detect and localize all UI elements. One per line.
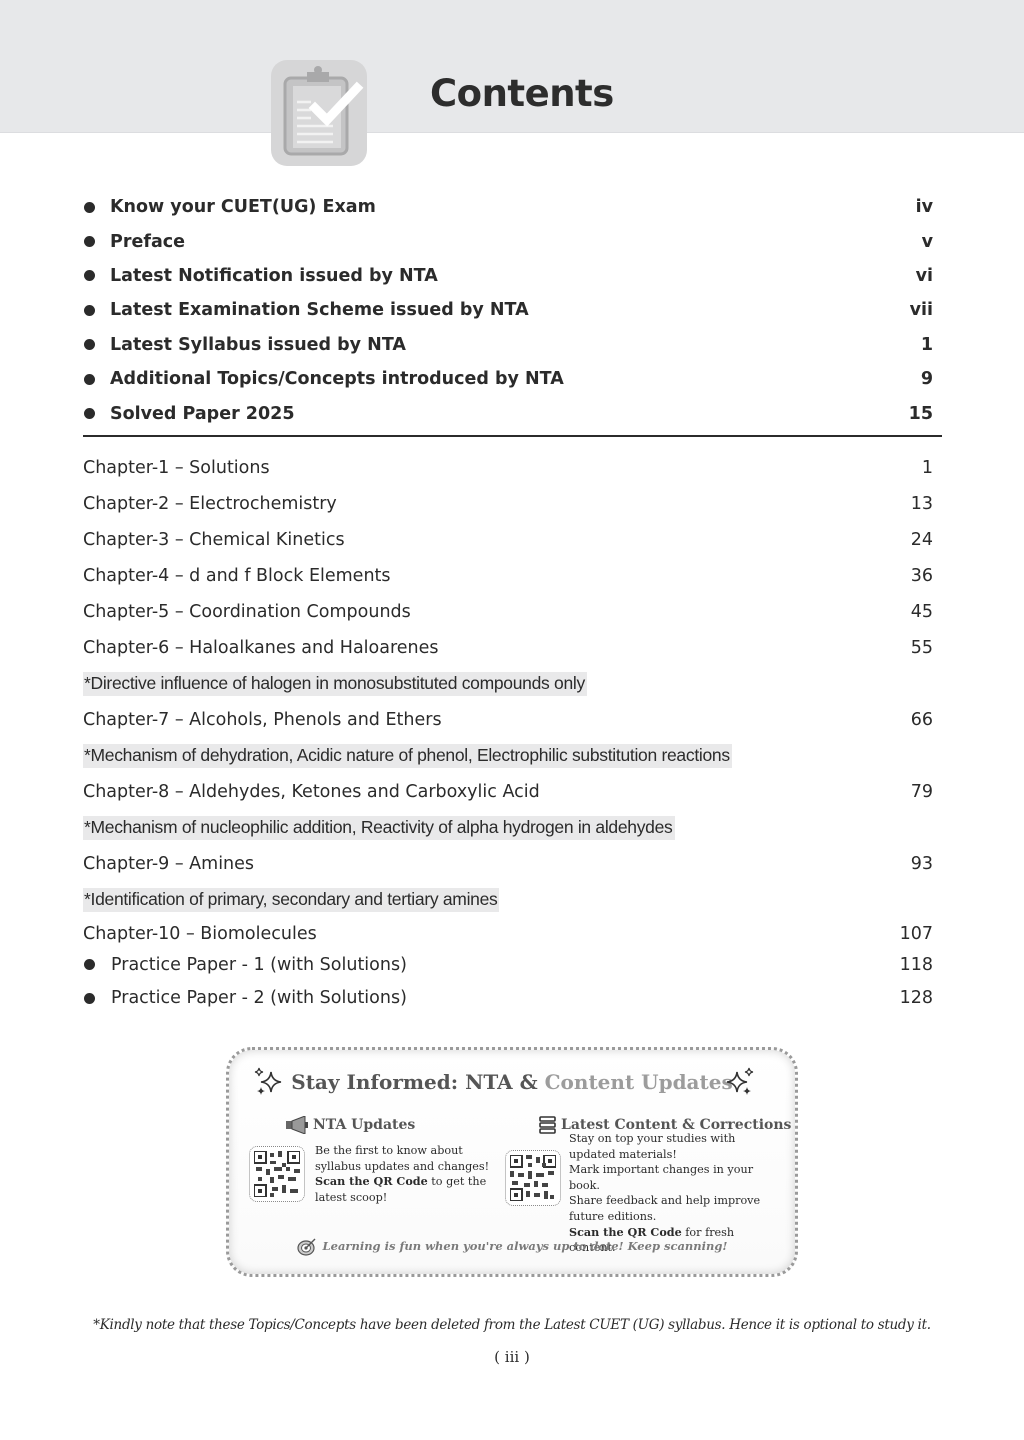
toc-entry[interactable]: Solved Paper 2025 15: [83, 396, 933, 430]
practice-paper-page: 118: [900, 955, 933, 975]
toc-entry-page: vii: [910, 300, 933, 320]
target-icon: [297, 1238, 317, 1256]
stay-informed-box: Stay Informed: NTA & Content Updates NTA…: [226, 1047, 798, 1277]
deleted-topic-note: *Mechanism of nucleophilic addition, Rea…: [83, 810, 933, 846]
page-title: Contents: [430, 72, 614, 115]
practice-paper-entry[interactable]: Practice Paper - 2 (with Solutions) 128: [83, 980, 933, 1016]
chapter-entry[interactable]: Chapter-8 – Aldehydes, Ketones and Carbo…: [83, 774, 933, 810]
toc-entry-label: Additional Topics/Concepts introduced by…: [110, 369, 564, 389]
deleted-topic-note: *Directive influence of halogen in monos…: [83, 666, 933, 702]
chapter-label: Chapter-6 – Haloalkanes and Haloarenes: [83, 638, 439, 658]
chapter-entry[interactable]: Chapter-7 – Alcohols, Phenols and Ethers…: [83, 702, 933, 738]
practice-paper-label: Practice Paper - 1 (with Solutions): [111, 955, 407, 975]
deleted-topic-text: *Mechanism of dehydration, Acidic nature…: [83, 744, 732, 768]
chapter-page: 93: [911, 854, 933, 874]
corrections-line: Mark important changes in your book.: [569, 1162, 784, 1193]
chapter-label: Chapter-1 – Solutions: [83, 458, 270, 478]
chapter-page: 66: [911, 710, 933, 730]
chapter-label: Chapter-9 – Amines: [83, 854, 254, 874]
nta-updates-text: Be the first to know about syllabus upda…: [315, 1143, 495, 1205]
chapter-label: Chapter-5 – Coordination Compounds: [83, 602, 411, 622]
chapter-label: Chapter-8 – Aldehydes, Ketones and Carbo…: [83, 782, 540, 802]
chapter-label: Chapter-2 – Electrochemistry: [83, 494, 337, 514]
bullet-icon: [84, 202, 95, 213]
chapter-label: Chapter-4 – d and f Block Elements: [83, 566, 391, 586]
chapter-entry[interactable]: Chapter-5 – Coordination Compounds 45: [83, 594, 933, 630]
toc-entry[interactable]: Latest Examination Scheme issued by NTA …: [83, 293, 933, 327]
toc-entry-page: 1: [921, 335, 933, 355]
deleted-topic-text: *Directive influence of halogen in monos…: [83, 672, 587, 696]
bullet-icon: [84, 408, 95, 419]
bullet-icon: [84, 270, 95, 281]
practice-paper-page: 128: [900, 988, 933, 1008]
toc-entry-page: 15: [909, 404, 933, 424]
chapter-page: 24: [911, 530, 933, 550]
sparkle-icon: [723, 1066, 755, 1098]
tagline: Learning is fun when you're always up to…: [229, 1238, 795, 1256]
toc-entry-label: Latest Examination Scheme issued by NTA: [110, 300, 529, 320]
page-number: ( iii ): [0, 1348, 1024, 1366]
box-title-accent: Content Updates: [545, 1070, 733, 1094]
books-icon: [539, 1116, 557, 1134]
toc-entry[interactable]: Know your CUET(UG) Exam iv: [83, 190, 933, 224]
deleted-topic-text: *Identification of primary, secondary an…: [83, 888, 499, 912]
box-title-main: Stay Informed: NTA &: [291, 1070, 544, 1094]
chapter-entry[interactable]: Chapter-6 – Haloalkanes and Haloarenes 5…: [83, 630, 933, 666]
toc-entry-label: Latest Notification issued by NTA: [110, 266, 438, 286]
chapter-page: 1: [922, 458, 933, 478]
chapter-entry[interactable]: Chapter-10 – Biomolecules 107: [83, 918, 933, 949]
toc-entry[interactable]: Preface v: [83, 224, 933, 258]
toc-entry[interactable]: Additional Topics/Concepts introduced by…: [83, 362, 933, 396]
toc-entry-label: Latest Syllabus issued by NTA: [110, 335, 406, 355]
bullet-icon: [84, 236, 95, 247]
chapter-page: 79: [911, 782, 933, 802]
corrections-line: Share feedback and help improve future e…: [569, 1193, 784, 1224]
bullet-icon: [84, 959, 95, 970]
toc-entry-page: v: [922, 232, 933, 252]
toc-entry-label: Solved Paper 2025: [110, 404, 295, 424]
chapter-page: 36: [911, 566, 933, 586]
toc-entry-label: Know your CUET(UG) Exam: [110, 197, 376, 217]
corrections-line: Stay on top your studies with updated ma…: [569, 1131, 784, 1162]
chapter-entry[interactable]: Chapter-2 – Electrochemistry 13: [83, 486, 933, 522]
chapter-page: 13: [911, 494, 933, 514]
box-title: Stay Informed: NTA & Content Updates: [229, 1070, 795, 1094]
section-divider: [83, 435, 942, 437]
bullet-icon: [84, 993, 95, 1004]
nta-updates-heading: NTA Updates: [285, 1116, 415, 1134]
toc-entry[interactable]: Latest Syllabus issued by NTA 1: [83, 328, 933, 362]
clipboard-check-icon: [271, 60, 367, 166]
nta-text-part: Be the first to know about syllabus upda…: [315, 1144, 489, 1173]
chapter-list: Chapter-1 – Solutions 1 Chapter-2 – Elec…: [83, 450, 933, 1016]
chapter-entry[interactable]: Chapter-4 – d and f Block Elements 36: [83, 558, 933, 594]
toc-entry-label: Preface: [110, 232, 185, 252]
chapter-entry[interactable]: Chapter-9 – Amines 93: [83, 846, 933, 882]
chapter-page: 55: [911, 638, 933, 658]
practice-paper-entry[interactable]: Practice Paper - 1 (with Solutions) 118: [83, 949, 933, 980]
toc-entry-page: vi: [916, 266, 933, 286]
tagline-text: Learning is fun when you're always up to…: [323, 1239, 728, 1253]
chapter-label: Chapter-3 – Chemical Kinetics: [83, 530, 345, 550]
chapter-page: 107: [900, 924, 933, 944]
bullet-icon: [84, 339, 95, 350]
qr-code[interactable]: [249, 1146, 305, 1202]
footnote: *Kindly note that these Topics/Concepts …: [0, 1317, 1024, 1333]
chapter-page: 45: [911, 602, 933, 622]
practice-paper-label: Practice Paper - 2 (with Solutions): [111, 988, 407, 1008]
chapter-label: Chapter-7 – Alcohols, Phenols and Ethers: [83, 710, 442, 730]
front-matter-list: Know your CUET(UG) Exam iv Preface v Lat…: [83, 190, 933, 431]
chapter-entry[interactable]: Chapter-3 – Chemical Kinetics 24: [83, 522, 933, 558]
deleted-topic-text: *Mechanism of nucleophilic addition, Rea…: [83, 816, 675, 840]
deleted-topic-note: *Mechanism of dehydration, Acidic nature…: [83, 738, 933, 774]
nta-updates-label: NTA Updates: [313, 1117, 415, 1133]
bullet-icon: [84, 305, 95, 316]
chapter-entry[interactable]: Chapter-1 – Solutions 1: [83, 450, 933, 486]
scan-qr-bold: Scan the QR Code: [569, 1225, 682, 1239]
toc-entry-page: iv: [916, 197, 933, 217]
chapter-label: Chapter-10 – Biomolecules: [83, 924, 317, 944]
deleted-topic-note: *Identification of primary, secondary an…: [83, 882, 933, 918]
megaphone-icon: [285, 1116, 309, 1134]
toc-entry-page: 9: [921, 369, 933, 389]
qr-code[interactable]: [505, 1150, 561, 1206]
toc-entry[interactable]: Latest Notification issued by NTA vi: [83, 259, 933, 293]
scan-qr-bold: Scan the QR Code: [315, 1174, 428, 1188]
bullet-icon: [84, 374, 95, 385]
